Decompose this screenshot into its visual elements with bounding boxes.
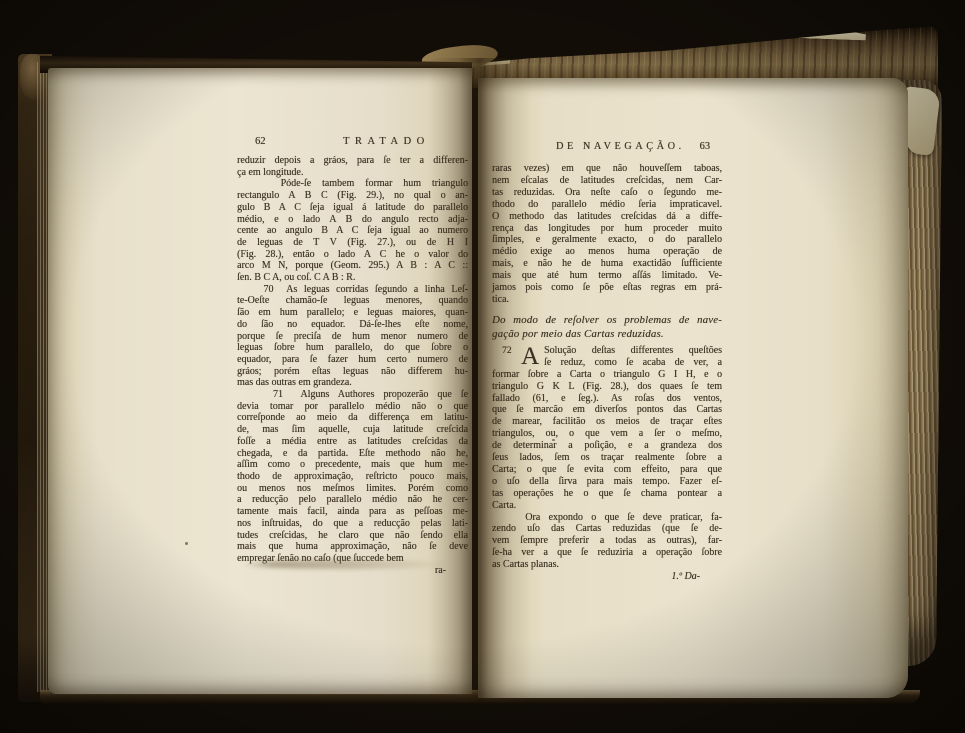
left-page-text-column: 62 TRATADO reduzir depois a gráos, para … bbox=[237, 136, 468, 576]
left-running-header: 62 TRATADO bbox=[237, 136, 468, 148]
text-line: médio, e o lado A B do angulo recto adja… bbox=[237, 214, 468, 226]
text-line: vem ſempre preferir a todas as outras), … bbox=[492, 535, 722, 547]
right-page-text-column: DE NAVEGAÇÃO. 63 raras vezes) em que não… bbox=[492, 141, 722, 583]
text-line: raras vezes) em que não houveſſem taboas… bbox=[492, 163, 722, 175]
text-line: as Cartas planas. bbox=[492, 559, 722, 571]
text-line: ça em longitude. bbox=[237, 167, 468, 179]
text-line: ſe-ha ver a que ſe reduziria a operação … bbox=[492, 547, 722, 559]
text-line: reduzir depois a gráos, para ſe ter a di… bbox=[237, 155, 468, 167]
text-line: rença das longitudes por hum proceder mu… bbox=[492, 223, 722, 235]
text-line: mais que até hum termo aſſás limitado. V… bbox=[492, 270, 722, 282]
text-line: Ora expondo o que ſe deve praticar, fa- bbox=[492, 512, 722, 524]
text-line: formar ſobre a Carta o triangulo G I H, … bbox=[492, 369, 722, 381]
paragraph: Solução deſtas differentes queſtõesſe re… bbox=[492, 345, 722, 512]
text-line: gráos; porém eſtas leguas não differem h… bbox=[237, 366, 468, 378]
ink-speck bbox=[185, 542, 188, 545]
text-line: nos inſtruidas, do que a reducção pelas … bbox=[237, 518, 468, 530]
text-line: thodo de approximação, reſtricto pouco m… bbox=[237, 471, 468, 483]
text-line: de leguas de T V (Fig. 27.), ou de H I bbox=[237, 237, 468, 249]
paragraph: 70 As leguas corridas ſegundo a linha Le… bbox=[237, 284, 468, 389]
left-page: 62 TRATADO reduzir depois a gráos, para … bbox=[48, 68, 472, 694]
text-line: 70 As leguas corridas ſegundo a linha Le… bbox=[237, 284, 468, 296]
text-line: tas reduzidas. Ora neſte caſo o ſegundo … bbox=[492, 187, 722, 199]
text-line: mais que huma approximação, não ſe deve bbox=[237, 541, 468, 553]
catchword: 1.º Da- bbox=[492, 571, 722, 583]
text-line: médio exige ao menos huma operação de bbox=[492, 246, 722, 258]
text-line: (Fig. 28.), então o lado A C he o valor … bbox=[237, 249, 468, 261]
text-line: leguas ſobre hum parallelo, do que ſobre… bbox=[237, 342, 468, 354]
book-photo-background: 62 TRATADO reduzir depois a gráos, para … bbox=[0, 0, 965, 733]
text-line: chegada, e da partida. Eſte methodo não … bbox=[237, 448, 468, 460]
text-line: gação por meio das Cartas reduzidas. bbox=[492, 327, 722, 341]
paragraph: reduzir depois a gráos, para ſe ter a di… bbox=[237, 155, 468, 178]
ink-bleed-smudge bbox=[241, 560, 449, 569]
text-line: tas operações he o que ſe chama pontear … bbox=[492, 488, 722, 500]
page-number: 63 bbox=[700, 141, 711, 153]
text-line: tica. bbox=[492, 294, 722, 306]
text-line: fallado (61, e ſeg.). As roſas dos vento… bbox=[492, 393, 722, 405]
text-line: ſen. B C A, ou coſ. C A B : R. bbox=[237, 272, 468, 284]
right-page-body-text: raras vezes) em que não houveſſem taboas… bbox=[492, 163, 722, 306]
page-number: 62 bbox=[255, 136, 266, 148]
paragraph: Do modo de reſolver os problemas de nave… bbox=[492, 313, 722, 341]
text-line: ſão em hum parallelo; e leguas maiores, … bbox=[237, 307, 468, 319]
text-line: te-Oeſte chamão-ſe leguas menores, quand… bbox=[237, 295, 468, 307]
text-line: que ſe marcão em diverſos pontos das Car… bbox=[492, 404, 722, 416]
text-line: jamos pois como ſe põe eſtas regras em p… bbox=[492, 282, 722, 294]
ink-speck bbox=[552, 439, 555, 441]
paragraph-72-text: Solução deſtas differentes queſtõesſe re… bbox=[492, 345, 722, 512]
text-line: de, mas ſim aquelle, cuja latitude creſc… bbox=[237, 424, 468, 436]
text-line: gulo B A C ſeja igual á latitude do para… bbox=[237, 202, 468, 214]
text-line: ſimples, e geralmente exacto, o do paral… bbox=[492, 234, 722, 246]
text-line: mas das outras em grandeza. bbox=[237, 377, 468, 389]
paragraph: Ora expondo o que ſe deve praticar, fa-z… bbox=[492, 512, 722, 572]
text-line: correſponde ao meio da differença em lat… bbox=[237, 412, 468, 424]
text-line: thodo do parallelo médio ſeria impratica… bbox=[492, 199, 722, 211]
text-line: triangulo G K L (Fig. 28.), dos quaes ſe… bbox=[492, 381, 722, 393]
torn-paper-fragment bbox=[782, 26, 866, 41]
text-line: 71 Alguns Authores propozerão que ſe bbox=[237, 389, 468, 401]
text-line: cente ao angulo B A C ſeja igual ao nume… bbox=[237, 225, 468, 237]
text-line: aſſim como o precedente, mais que hum me… bbox=[237, 459, 468, 471]
text-line: rectangulo A B C (Fig. 29.), no qual o a… bbox=[237, 190, 468, 202]
paragraph: raras vezes) em que não houveſſem taboas… bbox=[492, 163, 722, 306]
open-book: 62 TRATADO reduzir depois a gráos, para … bbox=[0, 0, 965, 733]
paragraph: Póde-ſe tambem formar hum triangulorecta… bbox=[237, 178, 468, 283]
left-page-body-text: reduzir depois a gráos, para ſe ter a di… bbox=[237, 155, 468, 565]
text-line: arco M N, porque (Geom. 295.) A B : A C … bbox=[237, 260, 468, 272]
paragraph-number: 72 bbox=[502, 346, 512, 358]
left-fore-edge-page-stack bbox=[18, 54, 52, 702]
paragraph: 71 Alguns Authores propozerão que ſedevi… bbox=[237, 389, 468, 565]
text-line: de determinar a poſição, e a grandeza do… bbox=[492, 440, 722, 452]
text-line: devia tomar por parallelo médio não o qu… bbox=[237, 401, 468, 413]
text-line: Carta. bbox=[492, 500, 722, 512]
text-line: zendo uſo das Cartas reduzidas (que ſe d… bbox=[492, 523, 722, 535]
closing-paragraph: Ora expondo o que ſe deve praticar, fa-z… bbox=[492, 512, 722, 572]
section-heading: Do modo de reſolver os problemas de nave… bbox=[492, 313, 722, 341]
text-line: O methodo das latitudes creſcidas dá a d… bbox=[492, 211, 722, 223]
text-line: ſeus lados, ſem os traçar realmente ſobr… bbox=[492, 452, 722, 464]
drop-cap-initial: A bbox=[521, 345, 539, 369]
text-line: do ſão no equador. Dá-ſe-lhes eſte nome, bbox=[237, 319, 468, 331]
text-line: Póde-ſe tambem formar hum triangulo bbox=[237, 178, 468, 190]
text-line: de marear, facilitão os meios de traçar … bbox=[492, 416, 722, 428]
text-line: Carta; o que ſe evita com effeito, para … bbox=[492, 464, 722, 476]
right-running-header: DE NAVEGAÇÃO. 63 bbox=[492, 141, 722, 153]
running-title: DE NAVEGAÇÃO. bbox=[556, 141, 685, 153]
text-line: equador, para ſe fazer hum certo numero … bbox=[237, 354, 468, 366]
text-line: Do modo de reſolver os problemas de nave… bbox=[492, 313, 722, 327]
text-line: tamente mais facil, ainda para as peſſoa… bbox=[237, 506, 468, 518]
torn-paper-fragment bbox=[556, 30, 706, 48]
text-line: triangulos, ou, o que vem a ſer o meſmo, bbox=[492, 428, 722, 440]
text-line: foſſe a média entre as latitudes creſcid… bbox=[237, 436, 468, 448]
text-line: tudes creſcidas, he claro que não ſendo … bbox=[237, 530, 468, 542]
right-page: DE NAVEGAÇÃO. 63 raras vezes) em que não… bbox=[478, 78, 908, 698]
text-line: o uſo della ſirva para mais tempo. Fazer… bbox=[492, 476, 722, 488]
paragraph-72: 72 A Solução deſtas differentes queſtões… bbox=[492, 345, 722, 512]
text-line: ou menos nos meſmos limites. Porém como bbox=[237, 483, 468, 495]
text-line: a reducção pelo parallelo médio não he c… bbox=[237, 494, 468, 506]
text-line: porque ſe preciſa de hum menor numero de bbox=[237, 331, 468, 343]
text-line: mais, e não he de huma exactidão ſuffici… bbox=[492, 258, 722, 270]
text-line: nem eſcalas de latitudes creſcidas, nem … bbox=[492, 175, 722, 187]
running-title: TRATADO bbox=[343, 136, 430, 148]
